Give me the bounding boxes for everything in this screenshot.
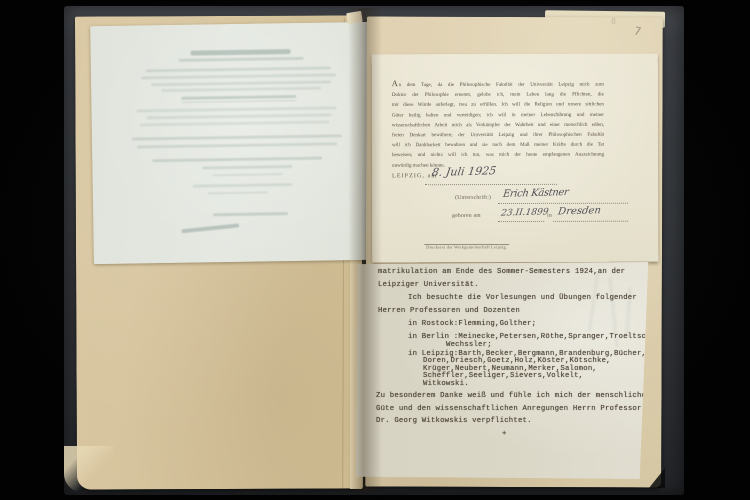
page-curl xyxy=(64,446,114,492)
oath-line: freien Denkart bewähren; der Universität… xyxy=(392,129,604,140)
printer-imprint: Druckerei der Werkgemeinschaft Leipzig. xyxy=(424,244,509,250)
signature-underline xyxy=(498,202,628,204)
typed-line: Güte und den wissenschaftlichen Anregung… xyxy=(376,405,642,413)
secondary-pencil-mark: 8 xyxy=(611,17,616,26)
date-handwritten: 8. Juli 1925 xyxy=(431,164,497,179)
verso-signature-ghost xyxy=(181,223,239,233)
signature-handwritten: Erich Kästner xyxy=(502,187,569,200)
archival-photo: An dem Tage, da die Philosophische Fakul… xyxy=(0,0,750,500)
verso-line-ghost xyxy=(140,120,330,125)
typed-line: Zu besonderem Danke weiß und fühle ich m… xyxy=(376,392,651,400)
birthdate-underline xyxy=(498,220,544,222)
plus-mark: + xyxy=(502,430,507,438)
oath-line: Güter heilig halten und verteidigen; ich… xyxy=(392,109,604,120)
typed-line: in Berlin :Meinecke,Petersen,Röthe,Spran… xyxy=(408,333,655,341)
born-label: geboren am xyxy=(452,213,481,219)
verso-line-ghost xyxy=(179,57,304,61)
verso-heading-ghost xyxy=(191,49,291,55)
verso-line-ghost xyxy=(137,142,337,148)
oath-certificate: An dem Tage, da die Philosophische Fakul… xyxy=(372,54,659,263)
oath-line: beweisen; und nichts will ich tun, was m… xyxy=(392,149,604,160)
tape-tab xyxy=(346,11,363,24)
verso-sheet xyxy=(90,22,374,264)
verso-line-ghost xyxy=(147,113,332,118)
typed-line: Witkowski. xyxy=(423,380,469,388)
oath-line: Doktor der Philosophie ernennt, gelobe i… xyxy=(392,89,604,100)
verso-line-ghost xyxy=(132,134,342,140)
birthdate-handwritten: 23.II.1899 xyxy=(500,207,549,218)
verso-line-ghost xyxy=(151,80,331,85)
typed-line: Leipziger Universität. xyxy=(378,281,479,289)
typed-line: Wechssler; xyxy=(446,341,492,349)
birthplace-underline xyxy=(553,220,628,222)
verso-underline-ghost xyxy=(181,99,296,102)
verso-underline-ghost xyxy=(181,95,296,100)
verso-line-ghost xyxy=(136,106,336,112)
verso-date-ghost xyxy=(213,212,288,216)
verso-line-ghost xyxy=(146,66,331,71)
typed-line: Ich besuchte die Vorlesungen und Übungen… xyxy=(408,294,637,302)
in-label: in xyxy=(547,213,552,219)
verso-line-ghost xyxy=(193,183,293,187)
typed-line: matrikulation am Ende des Sommer-Semeste… xyxy=(378,268,625,276)
typed-statement-sheet: matrikulation am Ende des Sommer-Semeste… xyxy=(356,262,650,480)
oath-line: An dem Tage, da die Philosophische Fakul… xyxy=(392,78,604,90)
date-underline xyxy=(425,183,557,185)
verso-line-ghost xyxy=(208,191,268,194)
oath-line: wissenschaftlichen Arbeit mich als Vorkä… xyxy=(392,119,604,130)
oath-text: An dem Tage, da die Philosophische Fakul… xyxy=(392,78,604,170)
oath-line: will ich Dankbarkeit bewahren und sie na… xyxy=(392,139,604,150)
oath-line: mir diese Würde auferlegt, treu zu erfül… xyxy=(392,99,604,110)
verso-line-ghost xyxy=(141,73,336,79)
ink-bleed-ghost xyxy=(588,272,599,332)
verso-line-ghost xyxy=(212,173,282,176)
typed-line: Herren Professoren und Dozenten xyxy=(378,307,520,315)
verso-line-ghost xyxy=(161,87,321,92)
typed-line: Dr. Georg Witkowskis verpflichtet. xyxy=(376,417,532,425)
oath-line: unwürdig machen könnte. xyxy=(392,160,604,171)
birthplace-handwritten: Dresden xyxy=(557,205,601,217)
verso-line-ghost xyxy=(202,165,292,169)
verso-line-ghost xyxy=(152,157,322,162)
signature-label: (Unterschrift:) xyxy=(455,195,491,201)
typed-line: in Rostock:Flemming,Golther; xyxy=(408,320,536,328)
